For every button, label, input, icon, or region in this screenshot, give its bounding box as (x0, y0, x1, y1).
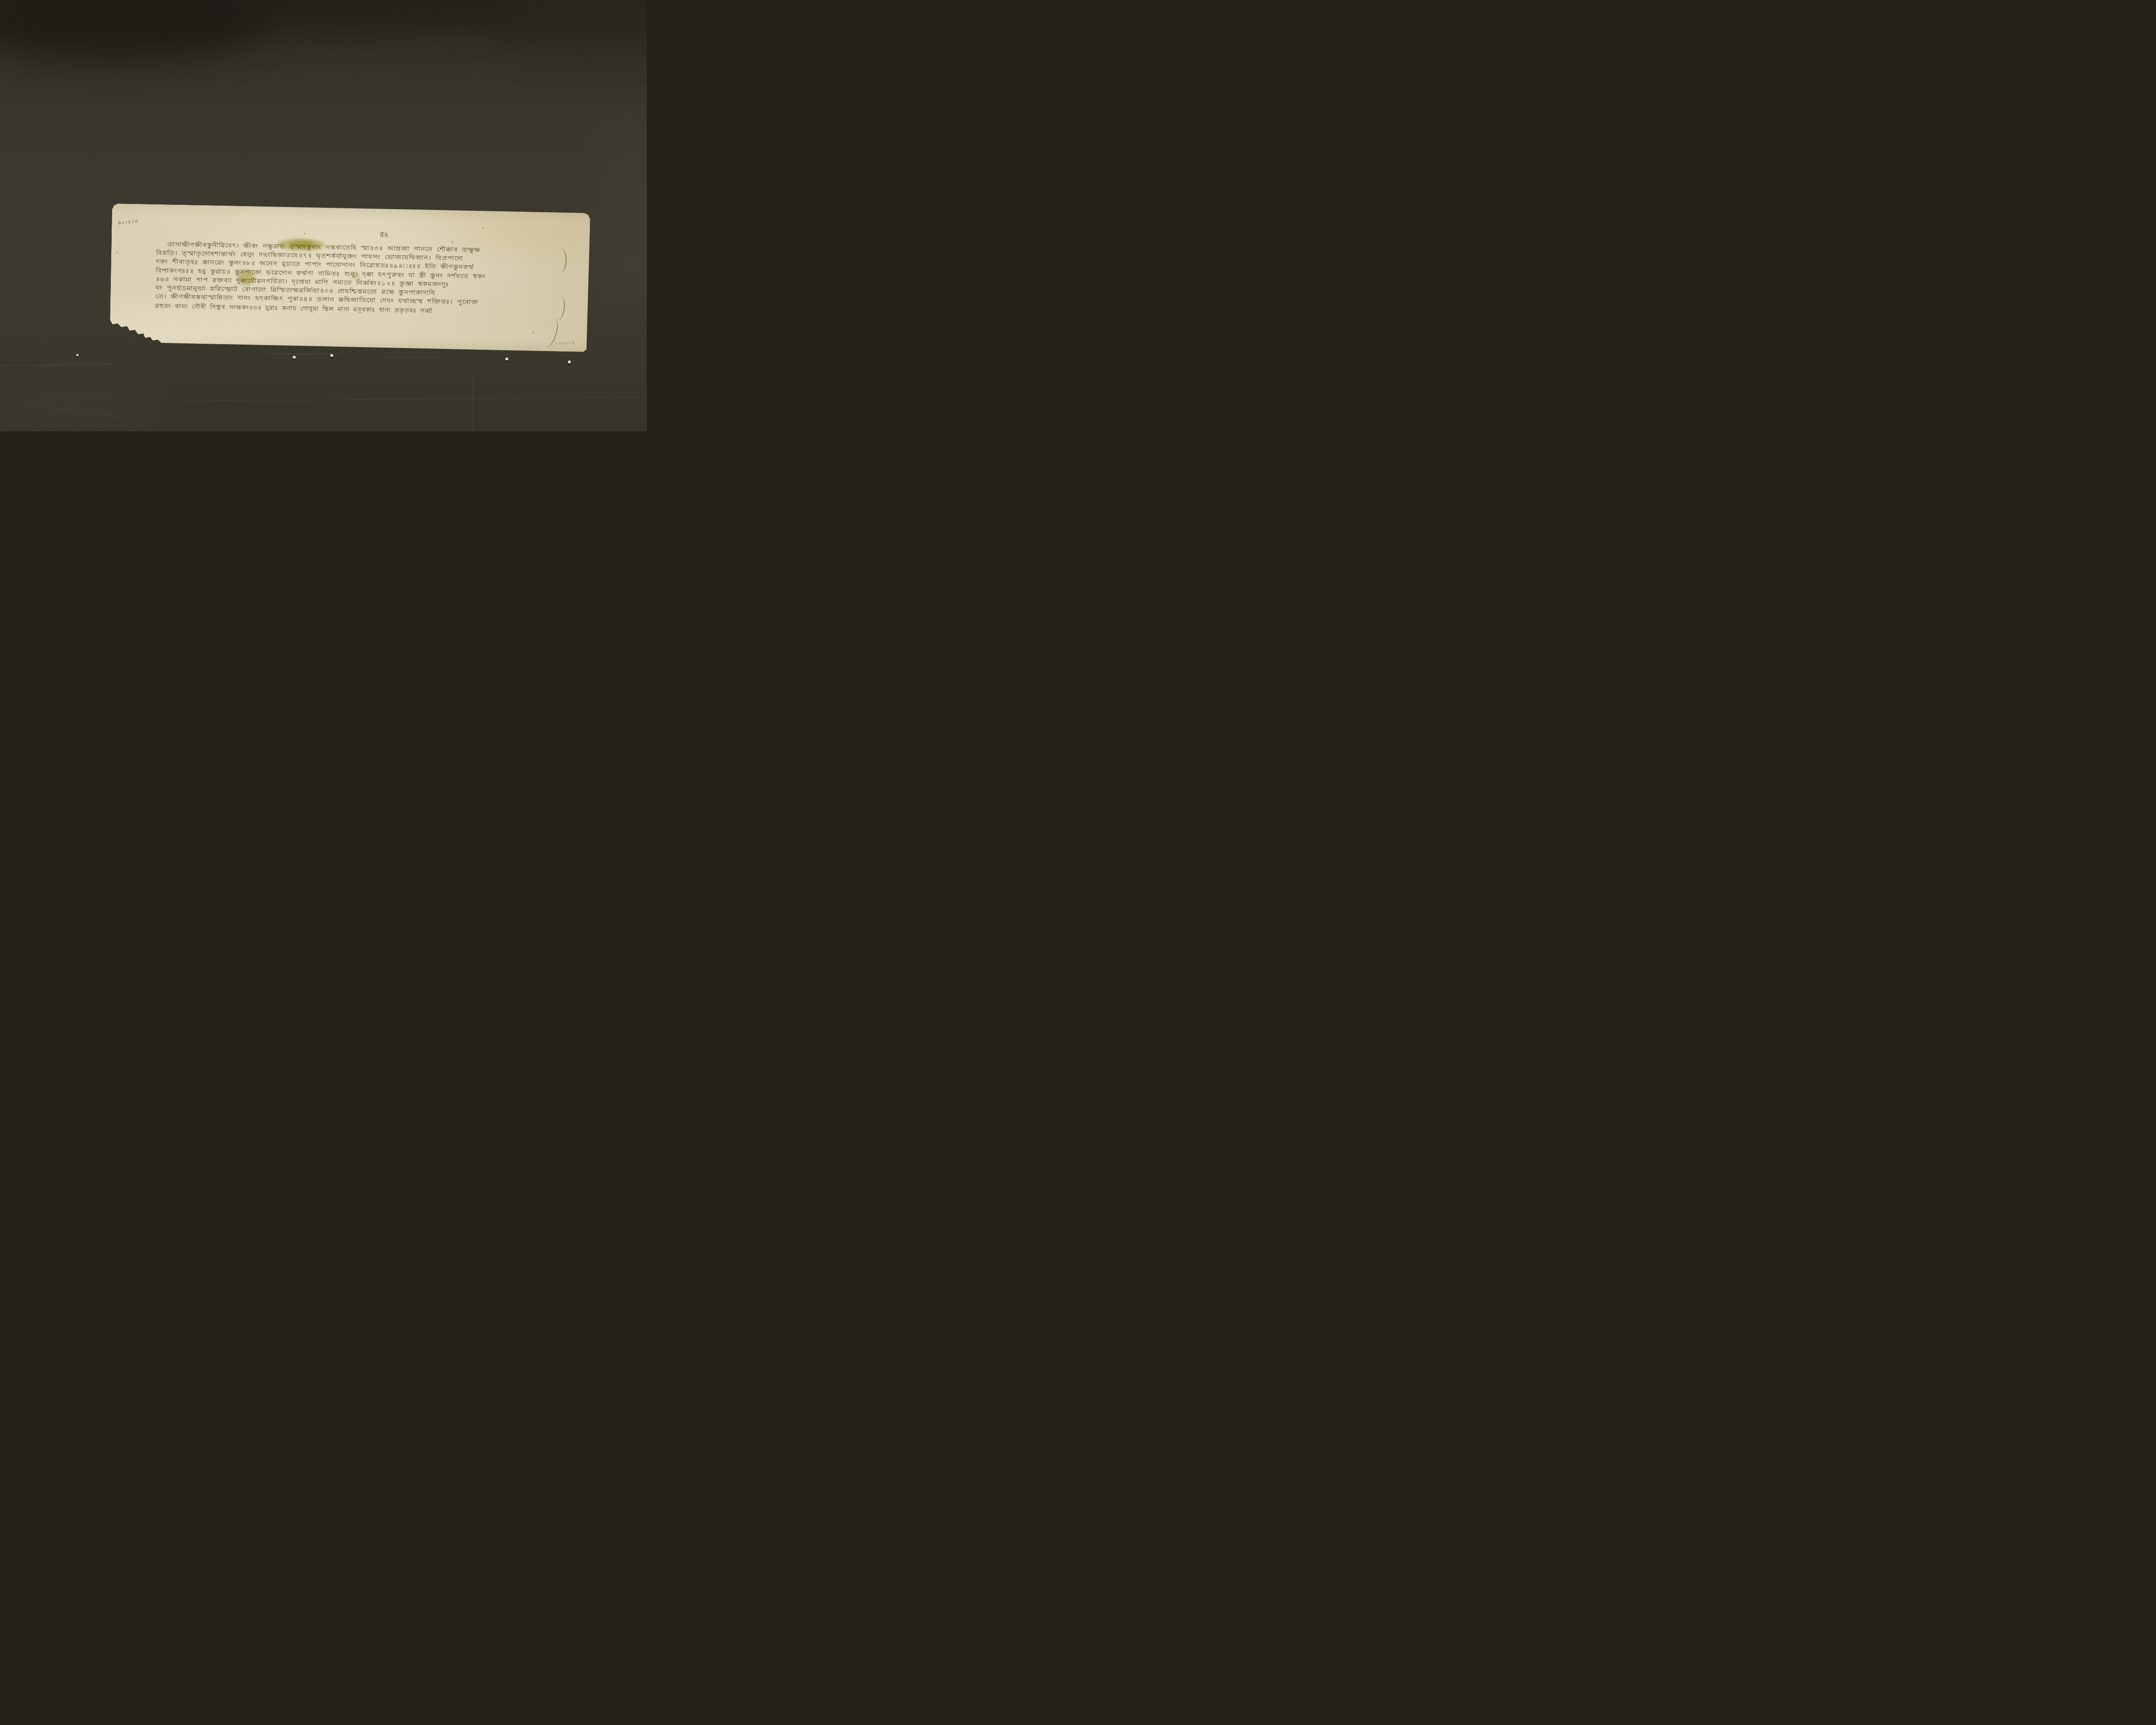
pin-icon (568, 361, 571, 364)
background-shadow-top-left (0, 0, 272, 60)
folio-number: র২ (380, 229, 389, 241)
margin-flourish (551, 295, 566, 321)
backing-scratch (0, 364, 112, 367)
pin-icon (76, 354, 79, 357)
pin-stem (293, 358, 295, 361)
backing-scratch (185, 397, 647, 401)
background-shadow-top-right (466, 0, 647, 52)
pin-icon (293, 356, 296, 359)
paper-speck (304, 233, 305, 234)
shelfmark: ৯৹।২।৩ (118, 218, 139, 228)
catalog-number: ৭৭।২।৪ (555, 339, 576, 348)
interlinear-mark: ২ (451, 239, 454, 245)
backing-scratch (379, 357, 444, 358)
paper-speck (533, 332, 534, 333)
backing-crease (473, 372, 473, 431)
backing-scratch (26, 404, 120, 418)
margin-flourish (554, 248, 567, 273)
pin-stem (331, 357, 332, 359)
paper-speck (116, 252, 118, 253)
paper-speck (483, 228, 484, 229)
pin-icon (330, 354, 333, 357)
pin-stem (506, 360, 507, 363)
photo-of-manuscript: ৯৹।২।৩ র২ ২ তাসাক্ষীণক্ষীৰস্তুনীৱিবেৎ। ক… (0, 0, 647, 431)
manuscript-leaf: ৯৹।২।৩ র২ ২ তাসাক্ষীণক্ষীৰস্তুনীৱিবেৎ। ক… (110, 204, 592, 353)
background-shadow-top-middle (172, 0, 526, 34)
pin-icon (505, 358, 508, 361)
backing-scratch (267, 354, 341, 354)
pin-stem (568, 363, 570, 366)
pin-stem (77, 356, 78, 358)
background-highlight-bottom-left (0, 375, 168, 431)
background-highlight-right (586, 121, 647, 306)
